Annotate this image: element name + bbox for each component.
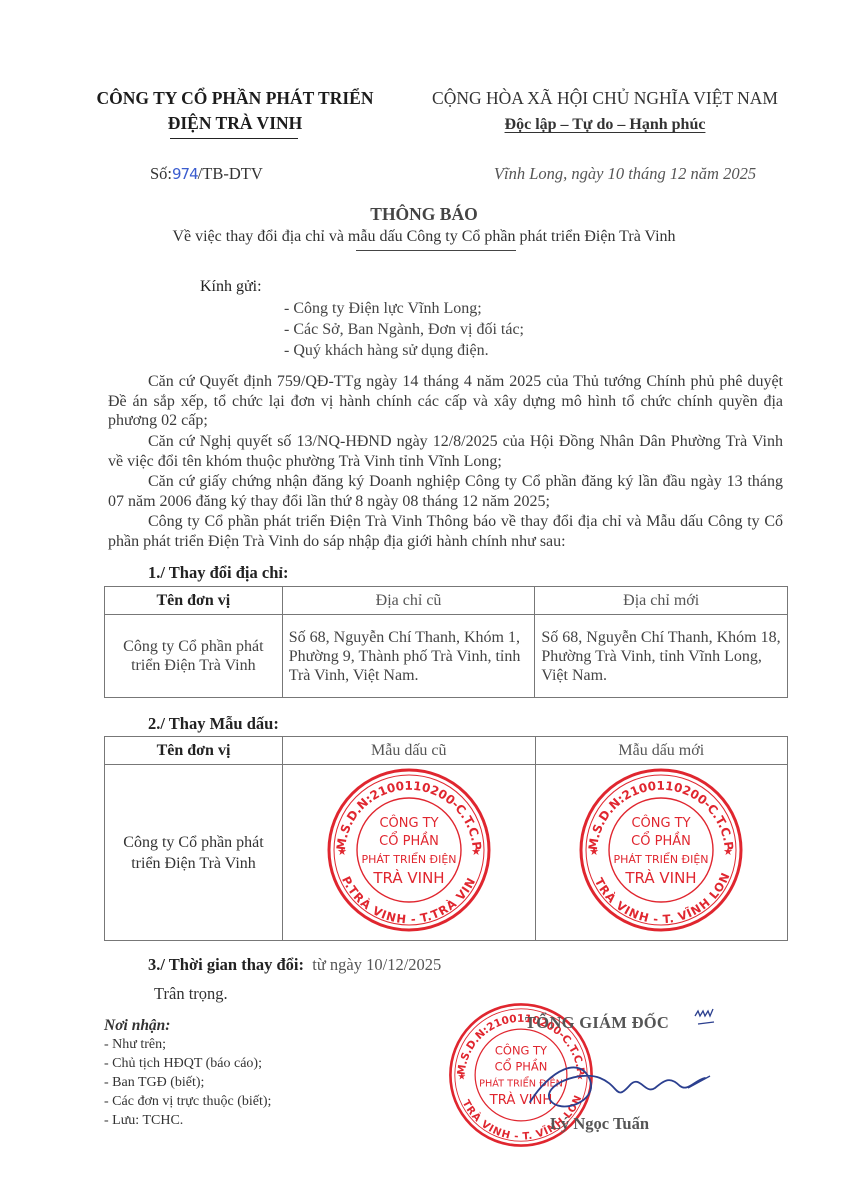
receivers-list: Như trên; Chủ tịch HĐQT (báo cáo); Ban T… <box>104 1035 271 1130</box>
document-number-prefix: Số: <box>150 164 172 183</box>
handwritten-signature <box>520 1040 720 1120</box>
receivers-block: Nơi nhận: Như trên; Chủ tịch HĐQT (báo c… <box>104 1016 271 1130</box>
document-number: Số:974/TB-DTV <box>150 164 340 184</box>
place-and-date: Vĩnh Long, ngày 10 tháng 12 năm 2025 <box>450 164 800 184</box>
svg-text:★: ★ <box>589 846 599 858</box>
svg-text:PHÁT TRIỂN ĐIỆN: PHÁT TRIỂN ĐIỆN <box>614 852 709 866</box>
company-underline <box>170 138 298 139</box>
recipient-item: Quý khách hàng sử dụng điện. <box>284 340 524 361</box>
table-row: Công ty Cổ phần phát triển Điện Trà Vinh… <box>105 615 788 698</box>
svg-text:★: ★ <box>471 846 481 858</box>
receiver-item: Các đơn vị trực thuộc (biết); <box>104 1092 271 1111</box>
svg-text:CÔNG TY: CÔNG TY <box>379 815 438 831</box>
paragraph-legal-basis-2: Căn cứ Nghị quyết số 13/NQ-HĐND ngày 12/… <box>108 432 783 471</box>
column-header: Mẫu dấu cũ <box>283 737 536 765</box>
table-header-row: Tên đơn vị Mẫu dấu cũ Mẫu dấu mới <box>105 737 788 765</box>
greeting: Kính gửi: <box>200 278 262 296</box>
column-header: Tên đơn vị <box>105 737 283 765</box>
paragraph-legal-basis-1: Căn cứ Quyết định 759/QĐ-TTg ngày 14 thá… <box>108 372 783 431</box>
document-subtitle: Về việc thay đổi địa chỉ và mẫu dấu Công… <box>0 228 848 246</box>
section-effective-date: 3./ Thời gian thay đổi: từ ngày 10/12/20… <box>148 955 441 975</box>
receiver-item: Chủ tịch HĐQT (báo cáo); <box>104 1054 271 1073</box>
new-address-cell: Số 68, Nguyễn Chí Thanh, Khóm 18, Phường… <box>535 615 788 698</box>
company-name-line2: ĐIỆN TRÀ VINH <box>70 111 400 136</box>
recipient-list: Công ty Điện lực Vĩnh Long; Các Sở, Ban … <box>284 298 524 361</box>
new-company-stamp: M.S.D.N:2100110200-C.T.C.PP. TRÀ VINH - … <box>576 765 746 935</box>
address-change-table: Tên đơn vị Địa chỉ cũ Địa chỉ mới Công t… <box>104 586 788 698</box>
old-company-stamp: M.S.D.N:2100110200-C.T.C.PTP.TRÀ VINH - … <box>324 765 494 935</box>
receiver-item: Ban TGĐ (biết); <box>104 1073 271 1092</box>
svg-text:TRÀ VINH: TRÀ VINH <box>625 868 697 887</box>
column-header: Tên đơn vị <box>105 587 283 615</box>
national-motto: Độc lập – Tự do – Hạnh phúc <box>505 116 706 133</box>
column-header: Địa chỉ mới <box>535 587 788 615</box>
receiver-item: Như trên; <box>104 1035 271 1054</box>
new-stamp-cell: M.S.D.N:2100110200-C.T.C.PP. TRÀ VINH - … <box>535 765 788 941</box>
paragraph-announcement: Công ty Cổ phần phát triển Điện Trà Vinh… <box>108 512 783 551</box>
unit-name-cell: Công ty Cổ phần phát triển Điện Trà Vinh <box>105 765 283 941</box>
old-address-cell: Số 68, Nguyễn Chí Thanh, Khóm 1, Phường … <box>282 615 535 698</box>
national-header: CỘNG HÒA XÃ HỘI CHỦ NGHĨA VIỆT NAM Độc l… <box>400 86 810 137</box>
svg-text:TRÀ VINH: TRÀ VINH <box>372 868 444 887</box>
column-header: Mẫu dấu mới <box>535 737 788 765</box>
effective-date-label: 3./ Thời gian thay đổi: <box>148 955 304 974</box>
svg-text:★: ★ <box>723 846 733 858</box>
nation-title: CỘNG HÒA XÃ HỘI CHỦ NGHĨA VIỆT NAM <box>400 86 810 111</box>
paragraph-legal-basis-3: Căn cứ giấy chứng nhận đăng ký Doanh ngh… <box>108 472 783 511</box>
old-stamp-cell: M.S.D.N:2100110200-C.T.C.PTP.TRÀ VINH - … <box>283 765 536 941</box>
table-header-row: Tên đơn vị Địa chỉ cũ Địa chỉ mới <box>105 587 788 615</box>
receiver-item: Lưu: TCHC. <box>104 1111 271 1130</box>
recipient-item: Các Sở, Ban Ngành, Đơn vị đối tác; <box>284 319 524 340</box>
recipient-item: Công ty Điện lực Vĩnh Long; <box>284 298 524 319</box>
issuing-company: CÔNG TY CỔ PHẦN PHÁT TRIỂN ĐIỆN TRÀ VINH <box>70 86 400 136</box>
company-name-line1: CÔNG TY CỔ PHẦN PHÁT TRIỂN <box>70 86 400 111</box>
receivers-heading: Nơi nhận: <box>104 1016 271 1035</box>
stamp-change-table: Tên đơn vị Mẫu dấu cũ Mẫu dấu mới Công t… <box>104 736 788 941</box>
svg-text:CỔ PHẦN: CỔ PHẦN <box>631 832 691 849</box>
subtitle-underline <box>356 250 516 251</box>
closing-remark: Trân trọng. <box>154 984 228 1004</box>
svg-text:CỔ PHẦN: CỔ PHẦN <box>379 832 439 849</box>
table-row: Công ty Cổ phần phát triển Điện Trà Vinh… <box>105 765 788 941</box>
document-number-suffix: /TB-DTV <box>198 164 263 183</box>
unit-name-cell: Công ty Cổ phần phát triển Điện Trà Vinh <box>105 615 283 698</box>
signer-name: Lý Ngọc Tuấn <box>550 1114 649 1134</box>
section-stamp-change-heading: 2./ Thay Mẫu dấu: <box>148 714 279 734</box>
svg-text:PHÁT TRIỂN ĐIỆN: PHÁT TRIỂN ĐIỆN <box>361 852 456 866</box>
svg-text:★: ★ <box>337 846 347 858</box>
svg-text:CÔNG TY: CÔNG TY <box>632 815 691 831</box>
effective-date-value: từ ngày 10/12/2025 <box>312 955 441 974</box>
section-address-change-heading: 1./ Thay đổi địa chỉ: <box>148 563 288 583</box>
column-header: Địa chỉ cũ <box>282 587 535 615</box>
handwritten-initials <box>692 1002 722 1032</box>
signer-title: TỔNG GIÁM ĐỐC <box>525 1013 669 1033</box>
document-title: THÔNG BÁO <box>0 204 848 225</box>
handwritten-number: 974 <box>172 165 198 183</box>
svg-text:★: ★ <box>458 1071 467 1082</box>
